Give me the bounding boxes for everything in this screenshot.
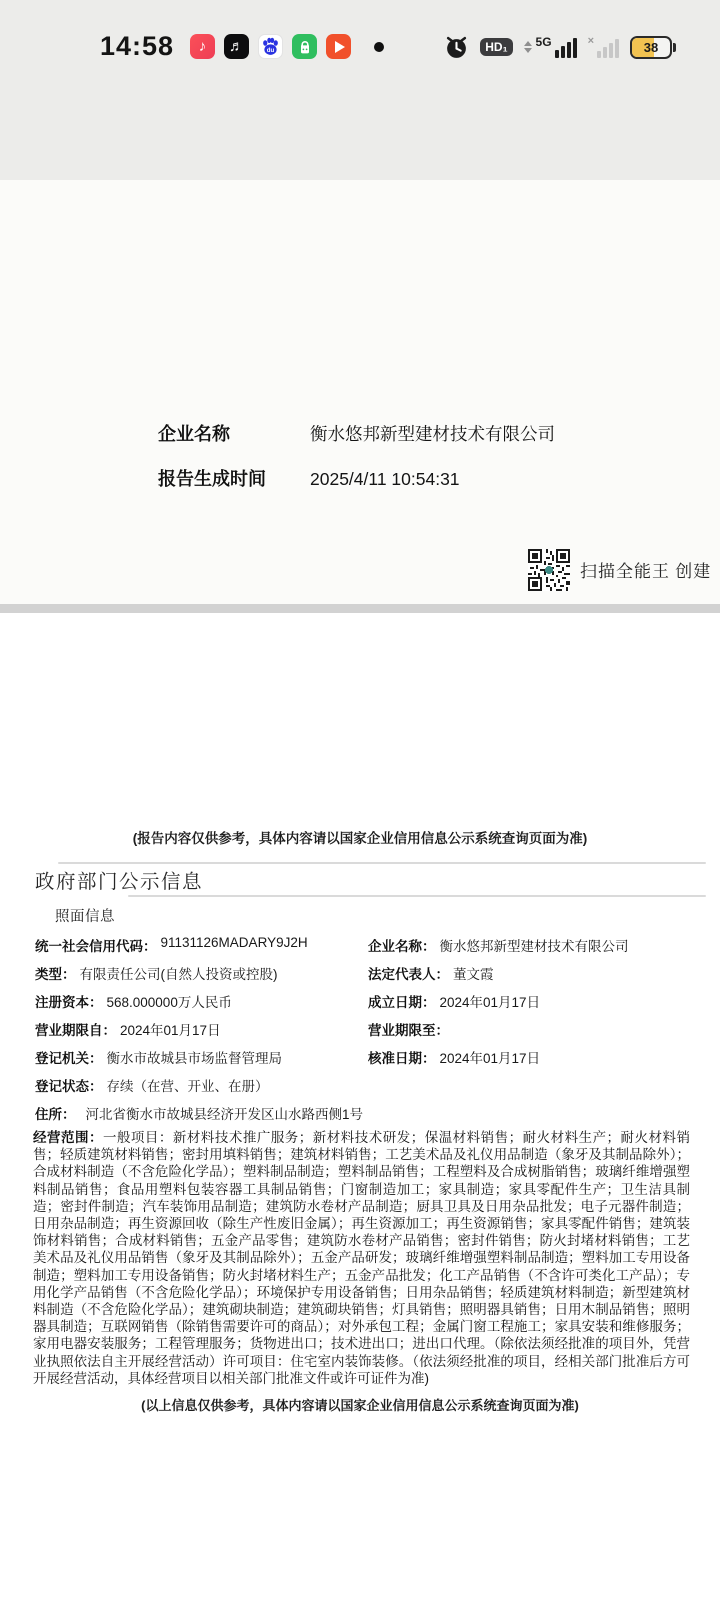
table-row: 类型：有限责任公司(自然人投资或控股) 法定代表人：董文霞 [35, 959, 691, 987]
phone-screen: 14:58 ♪ ♬ du [0, 0, 720, 1600]
svg-text:du: du [267, 47, 275, 54]
shopping-app-icon [292, 34, 317, 59]
status-indicators: HD₁ 5G × 38 [444, 33, 676, 61]
document-page-1: 企业名称 衡水悠邦新型建材技术有限公司 报告生成时间 2025/4/11 10:… [0, 180, 720, 604]
field-label: 报告生成时间 [158, 465, 310, 491]
field-label: 企业名称 [158, 420, 310, 446]
clock-time: 14:58 [100, 31, 174, 62]
baidu-paw-icon: du [258, 34, 283, 59]
battery-nub [673, 43, 676, 52]
page-separator [0, 604, 720, 613]
video-play-app-icon [326, 34, 351, 59]
paw-glyph: du [260, 36, 281, 57]
music-app-icon: ♪ [190, 34, 215, 59]
table-row: 营业期限自：2024年01月17日 营业期限至： [35, 1015, 691, 1043]
subsection-title: 照面信息 [55, 905, 115, 926]
table-cell: 住所：河北省衡水市故城县经济开发区山水路西侧1号 [35, 1103, 363, 1123]
signal-5g-icon: 5G [524, 36, 577, 58]
play-triangle-glyph [335, 41, 345, 53]
table-cell: 成立日期：2024年01月17日 [368, 991, 540, 1011]
business-scope-label: 经营范围： [33, 1130, 103, 1145]
document-preview[interactable]: 企业名称 衡水悠邦新型建材技术有限公司 报告生成时间 2025/4/11 10:… [0, 180, 720, 1600]
table-cell: 统一社会信用代码：91131126MADARY9J2H [35, 935, 368, 955]
table-cell: 企业名称：衡水悠邦新型建材技术有限公司 [368, 935, 629, 955]
table-cell: 登记状态：存续（在营、开业、在册） [35, 1075, 269, 1095]
field-value: 2025/4/11 10:54:31 [310, 469, 460, 490]
table-cell: 类型：有限责任公司(自然人投资或控股) [35, 963, 368, 983]
table-cell: 营业期限至： [368, 1019, 453, 1039]
douyin-app-icon: ♬ [224, 34, 249, 59]
business-scope-text: 一般项目：新材料技术推广服务；新材料技术研发；保温材料销售；耐火材料生产；耐火材… [33, 1130, 690, 1386]
field-value: 衡水悠邦新型建材技术有限公司 [310, 421, 555, 446]
table-cell: 法定代表人：董文霞 [368, 963, 494, 983]
hd-voice-badge: HD₁ [480, 38, 512, 56]
bag-glyph [297, 39, 313, 55]
scan-artifact-line [58, 862, 706, 864]
table-row: 统一社会信用代码：91131126MADARY9J2H 企业名称：衡水悠邦新型建… [35, 931, 691, 959]
battery-icon: 38 [630, 36, 676, 59]
signal-bars-sim2 [597, 39, 619, 58]
table-row: 注册资本：568.000000万人民币 成立日期：2024年01月17日 [35, 987, 691, 1015]
signal-sim2-icon: × [588, 36, 619, 58]
table-row: 登记机关：衡水市故城县市场监督管理局 核准日期：2024年01月17日 [35, 1043, 691, 1071]
business-scope: 经营范围：一般项目：新材料技术推广服务；新材料技术研发；保温材料销售；耐火材料生… [33, 1129, 690, 1387]
company-name-row: 企业名称 衡水悠邦新型建材技术有限公司 [158, 420, 555, 446]
alarm-clock-icon [444, 35, 469, 60]
section-title: 政府部门公示信息 [35, 866, 203, 894]
table-row: 登记状态：存续（在营、开业、在册） [35, 1071, 691, 1099]
table-cell: 营业期限自：2024年01月17日 [35, 1019, 368, 1039]
data-arrows-icon [524, 41, 532, 53]
table-row: 住所：河北省衡水市故城县经济开发区山水路西侧1号 [35, 1099, 691, 1127]
table-cell: 核准日期：2024年01月17日 [368, 1047, 540, 1067]
battery-body: 38 [630, 36, 672, 59]
document-page-2: (报告内容仅供参考，具体内容请以国家企业信用信息公示系统查询页面为准) 政府部门… [0, 613, 720, 1600]
bottom-disclaimer: (以上信息仅供参考，具体内容请以国家企业信用信息公示系统查询页面为准) [0, 1395, 720, 1414]
notification-dot [374, 42, 384, 52]
app-header: 被告企业信息用信息表（… 文件预览 [0, 80, 720, 180]
report-time-row: 报告生成时间 2025/4/11 10:54:31 [158, 465, 460, 491]
registration-info-table: 统一社会信用代码：91131126MADARY9J2H 企业名称：衡水悠邦新型建… [35, 931, 691, 1127]
table-cell: 登记机关：衡水市故城县市场监督管理局 [35, 1047, 368, 1067]
scan-artifact-line [128, 895, 706, 897]
qr-code [528, 549, 570, 591]
table-cell: 注册资本：568.000000万人民币 [35, 991, 368, 1011]
signal-bars-sim1 [555, 38, 577, 58]
qr-caption: 扫描全能王 创建 [580, 557, 711, 582]
battery-percent: 38 [632, 38, 670, 57]
top-disclaimer: (报告内容仅供参考，具体内容请以国家企业信用信息公示系统查询页面为准) [0, 827, 720, 847]
